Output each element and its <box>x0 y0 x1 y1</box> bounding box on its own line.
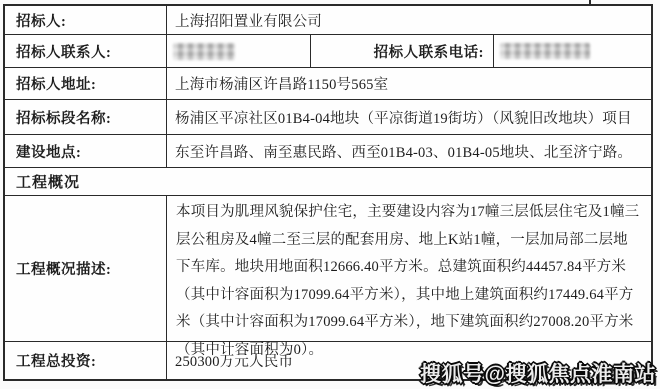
overview-header: 工程概况 <box>5 168 651 195</box>
bid-info-table: 招标人: 上海招阳置业有限公司 招标人联系人: 招标人联系电话: 招标人地址: … <box>3 4 653 381</box>
contact-phone-label: 招标人联系电话: <box>311 35 494 67</box>
address-label: 招标人地址: <box>5 68 167 99</box>
contact-label: 招标人联系人: <box>5 35 167 67</box>
section-name-value: 杨浦区平凉社区01B4-04地块（平凉街道19街坊）（风貌旧改地块）项目 <box>167 100 651 134</box>
sohu-watermark: 搜狐号@搜狐焦点淮南站 <box>420 358 656 388</box>
row-overview-header: 工程概况 <box>5 168 651 196</box>
row-overview-desc: 工程概况描述: 本项目为肌理风貌保护住宅，主要建设内容为17幢三层低层住宅及1幢… <box>5 196 651 342</box>
investment-label: 工程总投资: <box>5 342 167 379</box>
bidder-value: 上海招阳置业有限公司 <box>167 6 651 34</box>
row-section-name: 招标标段名称: 杨浦区平凉社区01B4-04地块（平凉街道19街坊）（风貌旧改地… <box>5 100 651 135</box>
contact-name-cell <box>167 35 311 67</box>
contact-phone-cell <box>494 35 651 67</box>
bidder-label: 招标人: <box>5 6 167 34</box>
address-value: 上海市杨浦区许昌路1150号565室 <box>167 68 651 99</box>
section-name-label: 招标标段名称: <box>5 100 167 134</box>
row-location: 建设地点: 东至许昌路、南至惠民路、西至01B4-03、01B4-05地块、北至… <box>5 135 651 168</box>
row-bidder: 招标人: 上海招阳置业有限公司 <box>5 6 651 35</box>
overview-desc-label: 工程概况描述: <box>5 196 167 341</box>
overview-desc-value: 本项目为肌理风貌保护住宅，主要建设内容为17幢三层低层住宅及1幢三层公租房及4幢… <box>167 196 651 341</box>
location-label: 建设地点: <box>5 135 167 167</box>
location-value: 东至许昌路、南至惠民路、西至01B4-03、01B4-05地块、北至济宁路。 <box>167 135 651 167</box>
redacted-contact-name <box>173 43 235 60</box>
redacted-contact-phone <box>500 43 590 59</box>
row-address: 招标人地址: 上海市杨浦区许昌路1150号565室 <box>5 68 651 100</box>
document-page: 招标人: 上海招阳置业有限公司 招标人联系人: 招标人联系电话: 招标人地址: … <box>0 0 660 389</box>
row-contact: 招标人联系人: 招标人联系电话: <box>5 35 651 68</box>
